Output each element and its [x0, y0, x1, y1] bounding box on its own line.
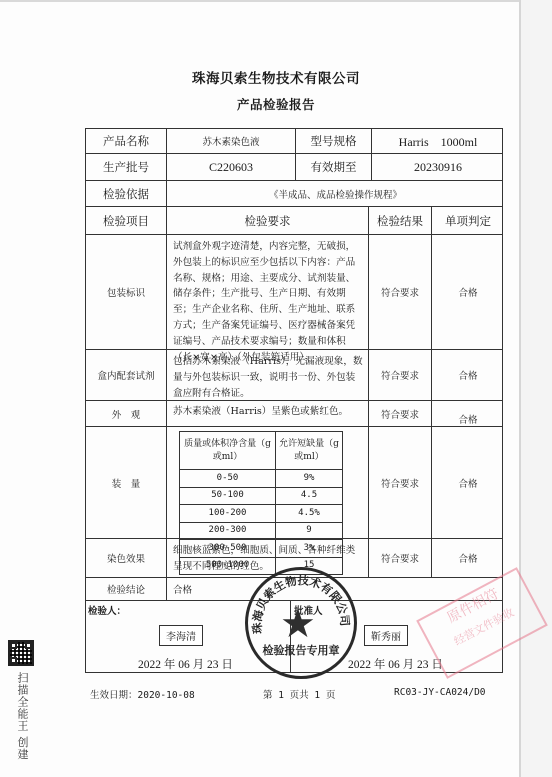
report-title: 产品检验报告: [0, 95, 552, 113]
item-name: 包装标识: [86, 235, 167, 349]
approver-signature: 靳秀丽: [364, 625, 408, 646]
seal-center-text: 检验报告专用章: [248, 642, 354, 658]
expiry-value: 20230916: [372, 154, 504, 180]
tolerance-header-shortage: 允许短缺量（g或ml）: [276, 432, 342, 469]
item-requirement: 包括苏木素染液（Harris），无漏液现象，数量与外包装标识一致，说明书一份、外…: [167, 350, 369, 400]
tolerance-shortage: 4.5%: [276, 505, 342, 522]
batch-row: 生产批号 C220603 有效期至 20230916: [86, 154, 502, 181]
item-judgment: 合格: [432, 539, 504, 577]
tolerance-header-content: 质量或体积净含量（g或ml）: [180, 432, 276, 469]
col-judgment: 单项判定: [432, 207, 504, 234]
basis-value: 《半成品、成品检验操作规程》: [167, 181, 504, 206]
expiry-label: 有效期至: [296, 154, 372, 180]
item-result: 符合要求: [369, 401, 432, 426]
item-name: 装 量: [86, 427, 167, 538]
tolerance-shortage: 9%: [276, 470, 342, 487]
col-item: 检验项目: [86, 207, 167, 234]
star-icon: ★: [280, 604, 316, 644]
column-header-row: 检验项目 检验要求 检验结果 单项判定: [86, 207, 502, 235]
inspector-date: 2022 年 06 月 23 日: [138, 656, 233, 672]
tolerance-range: 50-100: [180, 488, 276, 505]
col-requirement: 检验要求: [167, 207, 369, 234]
inspector-signature: 李海清: [159, 625, 203, 646]
page-number: 第 1 页共 1 页: [263, 687, 335, 701]
tolerance-row: 50-1004.5: [180, 488, 342, 506]
item-result: 符合要求: [369, 427, 432, 538]
item-judgment: 合格: [432, 401, 504, 426]
tolerance-shortage: 9: [276, 523, 342, 540]
qr-code-icon: [8, 640, 34, 666]
item-judgment: 合格: [432, 350, 504, 400]
item-requirement: 试剂盒外观字迹清楚，内容完整，无破损，外包装上的标识应至少包括以下内容：产品名称…: [167, 235, 369, 349]
batch-label: 生产批号: [86, 154, 167, 180]
tolerance-range: 200-300: [180, 523, 276, 540]
tolerance-range: 0-50: [180, 470, 276, 487]
tolerance-row: 100-2004.5%: [180, 505, 342, 523]
approver-date: 2022 年 06 月 23 日: [348, 656, 443, 672]
model-value: Harris 1000ml: [372, 129, 504, 153]
item-row: 装 量 符合要求 合格 质量或体积净含量（g或ml） 允许短缺量（g或ml） 0…: [86, 427, 502, 539]
item-name: 染色效果: [86, 539, 167, 577]
model-label: 型号规格: [296, 129, 372, 153]
company-name: 珠海贝索生物技术有限公司: [0, 67, 552, 87]
item-row: 盒内配套试剂 包括苏木素染液（Harris），无漏液现象，数量与外包装标识一致，…: [86, 350, 502, 401]
product-name-value: 苏木素染色液: [167, 129, 296, 153]
doc-code: RC03-JY-CA024/D0: [394, 687, 486, 698]
scanner-watermark: 扫描全能王 创建: [14, 672, 30, 761]
tolerance-shortage: 4.5: [276, 488, 342, 505]
item-requirement: 苏木素染液（Harris）呈紫色或紫红色。: [167, 401, 369, 426]
basis-label: 检验依据: [86, 181, 167, 206]
col-result: 检验结果: [369, 207, 432, 234]
inspector-label: 检验人：: [88, 603, 126, 617]
item-name: 外 观: [86, 401, 167, 426]
tolerance-range: 100-200: [180, 505, 276, 522]
item-result: 符合要求: [369, 350, 432, 400]
item-result: 符合要求: [369, 235, 432, 349]
tolerance-row: 0-509%: [180, 470, 342, 488]
conclusion-label: 检验结论: [86, 578, 167, 600]
product-row: 产品名称 苏木素染色液 型号规格 Harris 1000ml: [86, 129, 502, 154]
item-row: 包装标识 试剂盒外观字迹清楚，内容完整，无破损，外包装上的标识应至少包括以下内容…: [86, 235, 502, 350]
tolerance-header-row: 质量或体积净含量（g或ml） 允许短缺量（g或ml）: [180, 432, 342, 470]
batch-value: C220603: [167, 154, 296, 180]
item-name: 盒内配套试剂: [86, 350, 167, 400]
effective-date: 生效日期：2020-10-08: [90, 687, 195, 701]
item-judgment: 合格: [432, 235, 504, 349]
item-row: 外 观 苏木素染液（Harris）呈紫色或紫红色。 符合要求 合格: [86, 401, 502, 427]
item-judgment: 合格: [432, 427, 504, 538]
tolerance-row: 200-3009: [180, 523, 342, 541]
basis-row: 检验依据 《半成品、成品检验操作规程》: [86, 181, 502, 207]
item-result: 符合要求: [369, 539, 432, 577]
viewer-scroll-gutter[interactable]: [519, 0, 552, 777]
company-seal: 珠海贝索生物技术有限公司 ★ 检验报告专用章: [245, 567, 357, 679]
product-name-label: 产品名称: [86, 129, 167, 153]
